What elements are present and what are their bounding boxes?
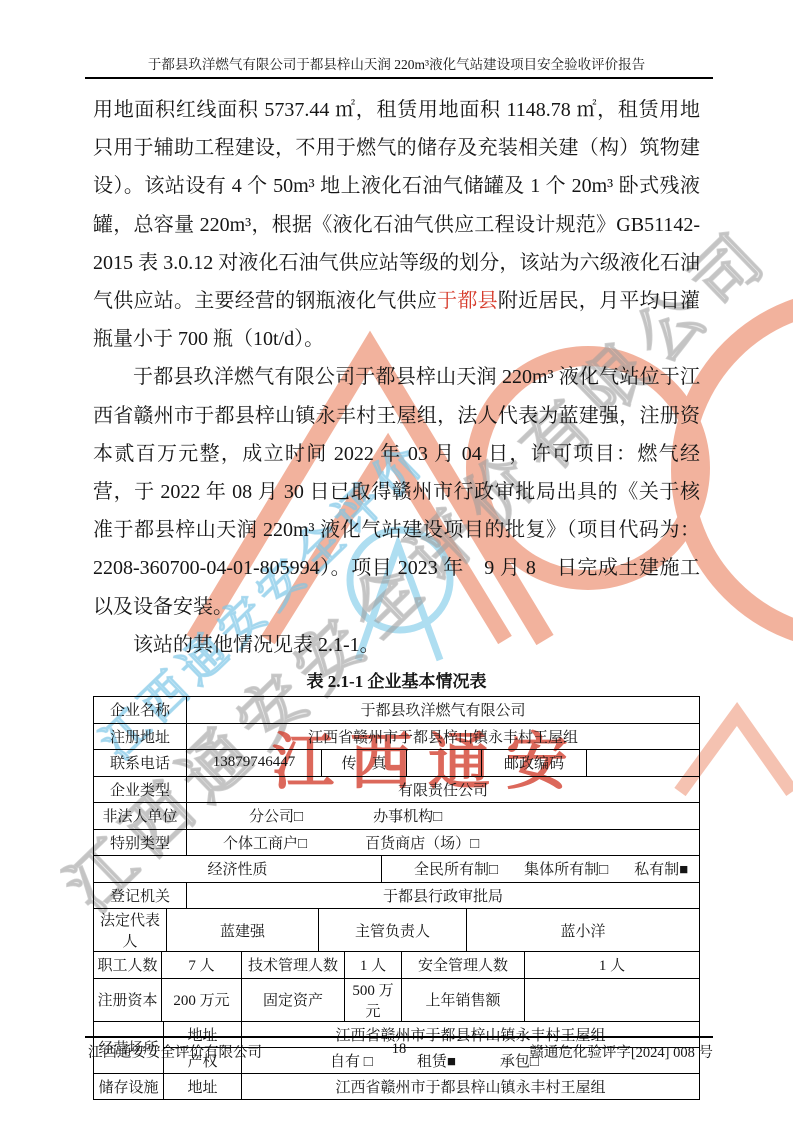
tech-staff-count: 1 人 [344, 952, 401, 978]
phone-value: 13879746447 [186, 750, 321, 776]
row-label: 联系电话 [94, 750, 186, 776]
footer-rule [85, 1036, 713, 1038]
paragraph-2: 于都县玖洋燃气有限公司于都县梓山天润 220m³ 液化气站位于江西省赣州市于都县… [93, 358, 700, 625]
tech-staff-label: 技术管理人数 [241, 952, 344, 978]
content-layer: 于都县玖洋燃气有限公司于都县梓山天润 220m³液化气站建设项目安全验收评价报告… [0, 0, 793, 1122]
fixed-assets-label: 固定资产 [241, 979, 344, 1021]
row-label: 储存设施 [94, 1074, 163, 1100]
row-label: 注册地址 [94, 724, 186, 750]
row-options: 分公司□ 办事机构□ [186, 803, 699, 829]
document-page: 江西通安安全评价有限公司 江西通安安全评价 江西通安 于都县玖洋燃气有限公司于都… [0, 0, 793, 1122]
row-value: 江西省赣州市于都县梓山镇永丰村王屋组 [186, 724, 699, 750]
footer-doc-number: 赣通危化验评字[2024] 008 号 [529, 1041, 713, 1062]
enterprise-info-table: 企业名称 于都县玖洋燃气有限公司 注册地址 江西省赣州市于都县梓山镇永丰村王屋组… [93, 696, 700, 1100]
body-block: 用地面积红线面积 5737.44 ㎡，租赁用地面积 1148.78 ㎡，租赁用地… [93, 91, 700, 1100]
option-checkbox: 个体工商户□ [223, 832, 307, 853]
staff-count: 7 人 [161, 952, 241, 978]
manager-value: 蓝小洋 [466, 909, 699, 951]
capital-value: 200 万元 [161, 979, 241, 1021]
option-checkbox: 全民所有制□ [414, 858, 498, 879]
row-label: 法定代表人 [94, 909, 166, 951]
fax-label: 传 真 [321, 750, 406, 776]
address-sublabel: 地址 [163, 1074, 241, 1100]
table-row: 特别类型 个体工商户□ 百货商店（场）□ [94, 829, 699, 856]
table-row: 登记机关 于都县行政审批局 [94, 882, 699, 909]
row-label: 企业类型 [94, 777, 186, 803]
row-label: 经济性质 [94, 856, 381, 882]
address-value: 江西省赣州市于都县梓山镇永丰村王屋组 [241, 1074, 699, 1100]
row-label: 注册资本 [94, 979, 161, 1021]
row-label: 特别类型 [94, 830, 186, 856]
row-value: 于都县行政审批局 [186, 883, 699, 909]
paragraph-1-text: 用地面积红线面积 5737.44 ㎡，租赁用地面积 1148.78 ㎡，租赁用地… [93, 99, 700, 312]
header-rule [85, 77, 713, 79]
option-checkbox: 办事机构□ [373, 805, 442, 826]
sales-label: 上年销售额 [401, 979, 524, 1021]
row-label: 企业名称 [94, 697, 186, 723]
row-options: 全民所有制□ 集体所有制□ 私有制■ [381, 856, 699, 882]
row-value: 于都县玖洋燃气有限公司 [186, 697, 699, 723]
zip-label: 邮政编码 [481, 750, 586, 776]
table-row: 联系电话 13879746447 传 真 邮政编码 [94, 749, 699, 776]
legal-rep-value: 蓝建强 [166, 909, 318, 951]
sales-value [524, 979, 699, 1021]
table-row: 经济性质 全民所有制□ 集体所有制□ 私有制■ [94, 855, 699, 882]
row-label: 职工人数 [94, 952, 161, 978]
table-row: 注册地址 江西省赣州市于都县梓山镇永丰村王屋组 [94, 723, 699, 750]
table-title: 表 2.1-1 企业基本情况表 [93, 667, 700, 692]
safety-staff-count: 1 人 [524, 952, 699, 978]
paragraph-1: 用地面积红线面积 5737.44 ㎡，租赁用地面积 1148.78 ㎡，租赁用地… [93, 91, 700, 358]
table-row: 注册资本 200 万元 固定资产 500 万元 上年销售额 [94, 978, 699, 1021]
fixed-assets-value: 500 万元 [344, 979, 401, 1021]
manager-label: 主管负责人 [318, 909, 466, 951]
option-checkbox: 分公司□ [249, 805, 303, 826]
row-value: 有限责任公司 [186, 777, 699, 803]
row-label: 非法人单位 [94, 803, 186, 829]
paragraph-3: 该站的其他情况见表 2.1-1。 [93, 626, 700, 664]
table-row: 法定代表人 蓝建强 主管负责人 蓝小洋 [94, 908, 699, 951]
table-row: 企业类型 有限责任公司 [94, 776, 699, 803]
page-header-title: 于都县玖洋燃气有限公司于都县梓山天润 220m³液化气站建设项目安全验收评价报告 [40, 53, 753, 73]
row-label: 登记机关 [94, 883, 186, 909]
safety-staff-label: 安全管理人数 [401, 952, 524, 978]
table-row: 企业名称 于都县玖洋燃气有限公司 [94, 697, 699, 723]
fax-value [406, 750, 481, 776]
option-checkbox: 百货商店（场）□ [365, 832, 479, 853]
table-row: 储存设施 地址 江西省赣州市于都县梓山镇永丰村王屋组 [94, 1073, 699, 1100]
row-options: 个体工商户□ 百货商店（场）□ [186, 830, 699, 856]
option-checkbox: 集体所有制□ [524, 858, 608, 879]
table-row: 非法人单位 分公司□ 办事机构□ [94, 802, 699, 829]
table-row: 职工人数 7 人 技术管理人数 1 人 安全管理人数 1 人 [94, 951, 699, 978]
option-checkbox: 私有制■ [634, 858, 688, 879]
paragraph-1-highlight: 于都县 [437, 290, 498, 312]
zip-value [586, 750, 699, 776]
